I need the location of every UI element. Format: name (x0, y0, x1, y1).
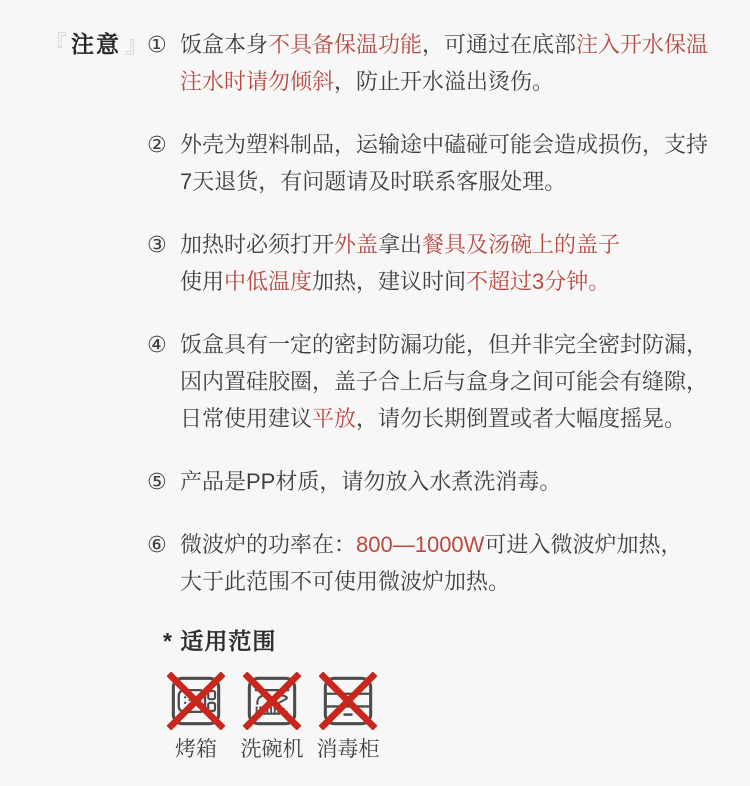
item-number: ③ (147, 226, 180, 300)
notice-list: ①饭盒本身不具备保温功能，可通过在底部注入开水保温注水时请勿倾斜，防止开水溢出烫… (147, 26, 727, 626)
oven-icon (167, 672, 225, 730)
notice-line: 微波炉的功率在：800—1000W可进入微波炉加热， (180, 526, 727, 563)
appliance-label: 消毒柜 (317, 739, 380, 761)
body-text: ，可通过在底部 (422, 32, 576, 57)
notice-line: 加热时必须打开外盖拿出餐具及汤碗上的盖子 (180, 226, 727, 263)
notice-line: 外壳为塑料制品，运输途中磕碰可能会造成损伤，支持 (180, 126, 727, 163)
notice-line: 7天退货，有问题请及时联系客服处理。 (180, 163, 727, 200)
notice-item: ③加热时必须打开外盖拿出餐具及汤碗上的盖子使用中低温度加热，建议时间不超过3分钟… (147, 226, 727, 300)
scope-section: * 适用范围 (163, 623, 377, 761)
body-text: ，请勿长期倒置或者大幅度摇晃。 (356, 406, 686, 431)
notice-title: 注意 (71, 26, 121, 63)
scope-icons-row: 烤箱 (167, 672, 377, 761)
item-number: ① (147, 26, 180, 100)
highlighted-text: 平放 (312, 406, 356, 431)
body-text: 日常使用建议 (180, 406, 312, 431)
body-text: 拿出 (378, 232, 422, 257)
item-number: ② (147, 126, 180, 200)
highlighted-text: 注水时请勿倾斜 (180, 69, 334, 94)
left-bracket: 『 (44, 26, 67, 63)
notice-line: 饭盒本身不具备保温功能，可通过在底部注入开水保温 (180, 26, 727, 63)
body-text: 产品是PP材质，请勿放入水煮洗消毒。 (180, 469, 561, 494)
body-text: 使用 (180, 269, 224, 294)
notice-line: 产品是PP材质，请勿放入水煮洗消毒。 (180, 463, 727, 500)
item-number: ⑤ (147, 463, 180, 500)
body-text: 加热，建议时间 (312, 269, 466, 294)
notice-item: ②外壳为塑料制品，运输途中磕碰可能会造成损伤，支持7天退货，有问题请及时联系客服… (147, 126, 727, 200)
body-text: 饭盒本身 (180, 32, 268, 57)
body-text: 外壳为塑料制品，运输途中磕碰可能会造成损伤，支持 (180, 132, 708, 157)
forbidden-cross-icon (321, 674, 375, 728)
notice-line: 日常使用建议平放，请勿长期倒置或者大幅度摇晃。 (180, 400, 727, 437)
notice-line: 大于此范围不可使用微波炉加热。 (180, 563, 727, 600)
forbidden-cross-icon (245, 674, 299, 728)
body-text: 7天退货，有问题请及时联系客服处理。 (180, 169, 566, 194)
body-text: 加热时必须打开 (180, 232, 334, 257)
highlighted-text: 中低温度 (224, 269, 312, 294)
body-text: ，防止开水溢出烫伤。 (334, 69, 554, 94)
notice-line: 因内置硅胶圈，盖子合上后与盒身之间可能会有缝隙， (180, 363, 727, 400)
notice-item: ①饭盒本身不具备保温功能，可通过在底部注入开水保温注水时请勿倾斜，防止开水溢出烫… (147, 26, 727, 100)
highlighted-text: 餐具及汤碗上的盖子 (422, 232, 620, 257)
notice-line: 饭盒具有一定的密封防漏功能，但并非完全密封防漏， (180, 326, 727, 363)
sterilizer-cabinet-icon (319, 672, 377, 730)
highlighted-text: 800—1000W (356, 532, 484, 557)
scope-item-sterilizer: 消毒柜 (319, 672, 377, 761)
body-text: 可进入微波炉加热， (484, 532, 682, 557)
forbidden-cross-icon (169, 674, 223, 728)
body-text: 微波炉的功率在： (180, 532, 356, 557)
body-text: 大于此范围不可使用微波炉加热。 (180, 569, 510, 594)
notice-line: 使用中低温度加热，建议时间不超过3分钟。 (180, 263, 727, 300)
notice-label: 『 注意 』 (44, 26, 148, 63)
item-number: ④ (147, 326, 180, 437)
appliance-label: 烤箱 (175, 739, 217, 761)
notice-item: ⑥微波炉的功率在：800—1000W可进入微波炉加热，大于此范围不可使用微波炉加… (147, 526, 727, 600)
scope-item-dishwasher: 洗碗机 (243, 672, 301, 761)
highlighted-text: 不超过3分钟。 (466, 269, 610, 294)
scope-item-oven: 烤箱 (167, 672, 225, 761)
dishwasher-icon (243, 672, 301, 730)
highlighted-text: 外盖 (334, 232, 378, 257)
body-text: 饭盒具有一定的密封防漏功能，但并非完全密封防漏， (180, 332, 708, 357)
highlighted-text: 注入开水保温 (576, 32, 708, 57)
notice-line: 注水时请勿倾斜，防止开水溢出烫伤。 (180, 63, 727, 100)
item-number: ⑥ (147, 526, 180, 600)
body-text: 因内置硅胶圈，盖子合上后与盒身之间可能会有缝隙， (180, 369, 708, 394)
scope-title: * 适用范围 (163, 623, 377, 656)
notice-item: ⑤产品是PP材质，请勿放入水煮洗消毒。 (147, 463, 727, 500)
highlighted-text: 不具备保温功能 (268, 32, 422, 57)
appliance-label: 洗碗机 (241, 739, 304, 761)
right-bracket: 』 (125, 26, 148, 63)
product-notice-panel: 『 注意 』 ①饭盒本身不具备保温功能，可通过在底部注入开水保温注水时请勿倾斜，… (0, 0, 750, 786)
notice-item: ④饭盒具有一定的密封防漏功能，但并非完全密封防漏，因内置硅胶圈，盖子合上后与盒身… (147, 326, 727, 437)
